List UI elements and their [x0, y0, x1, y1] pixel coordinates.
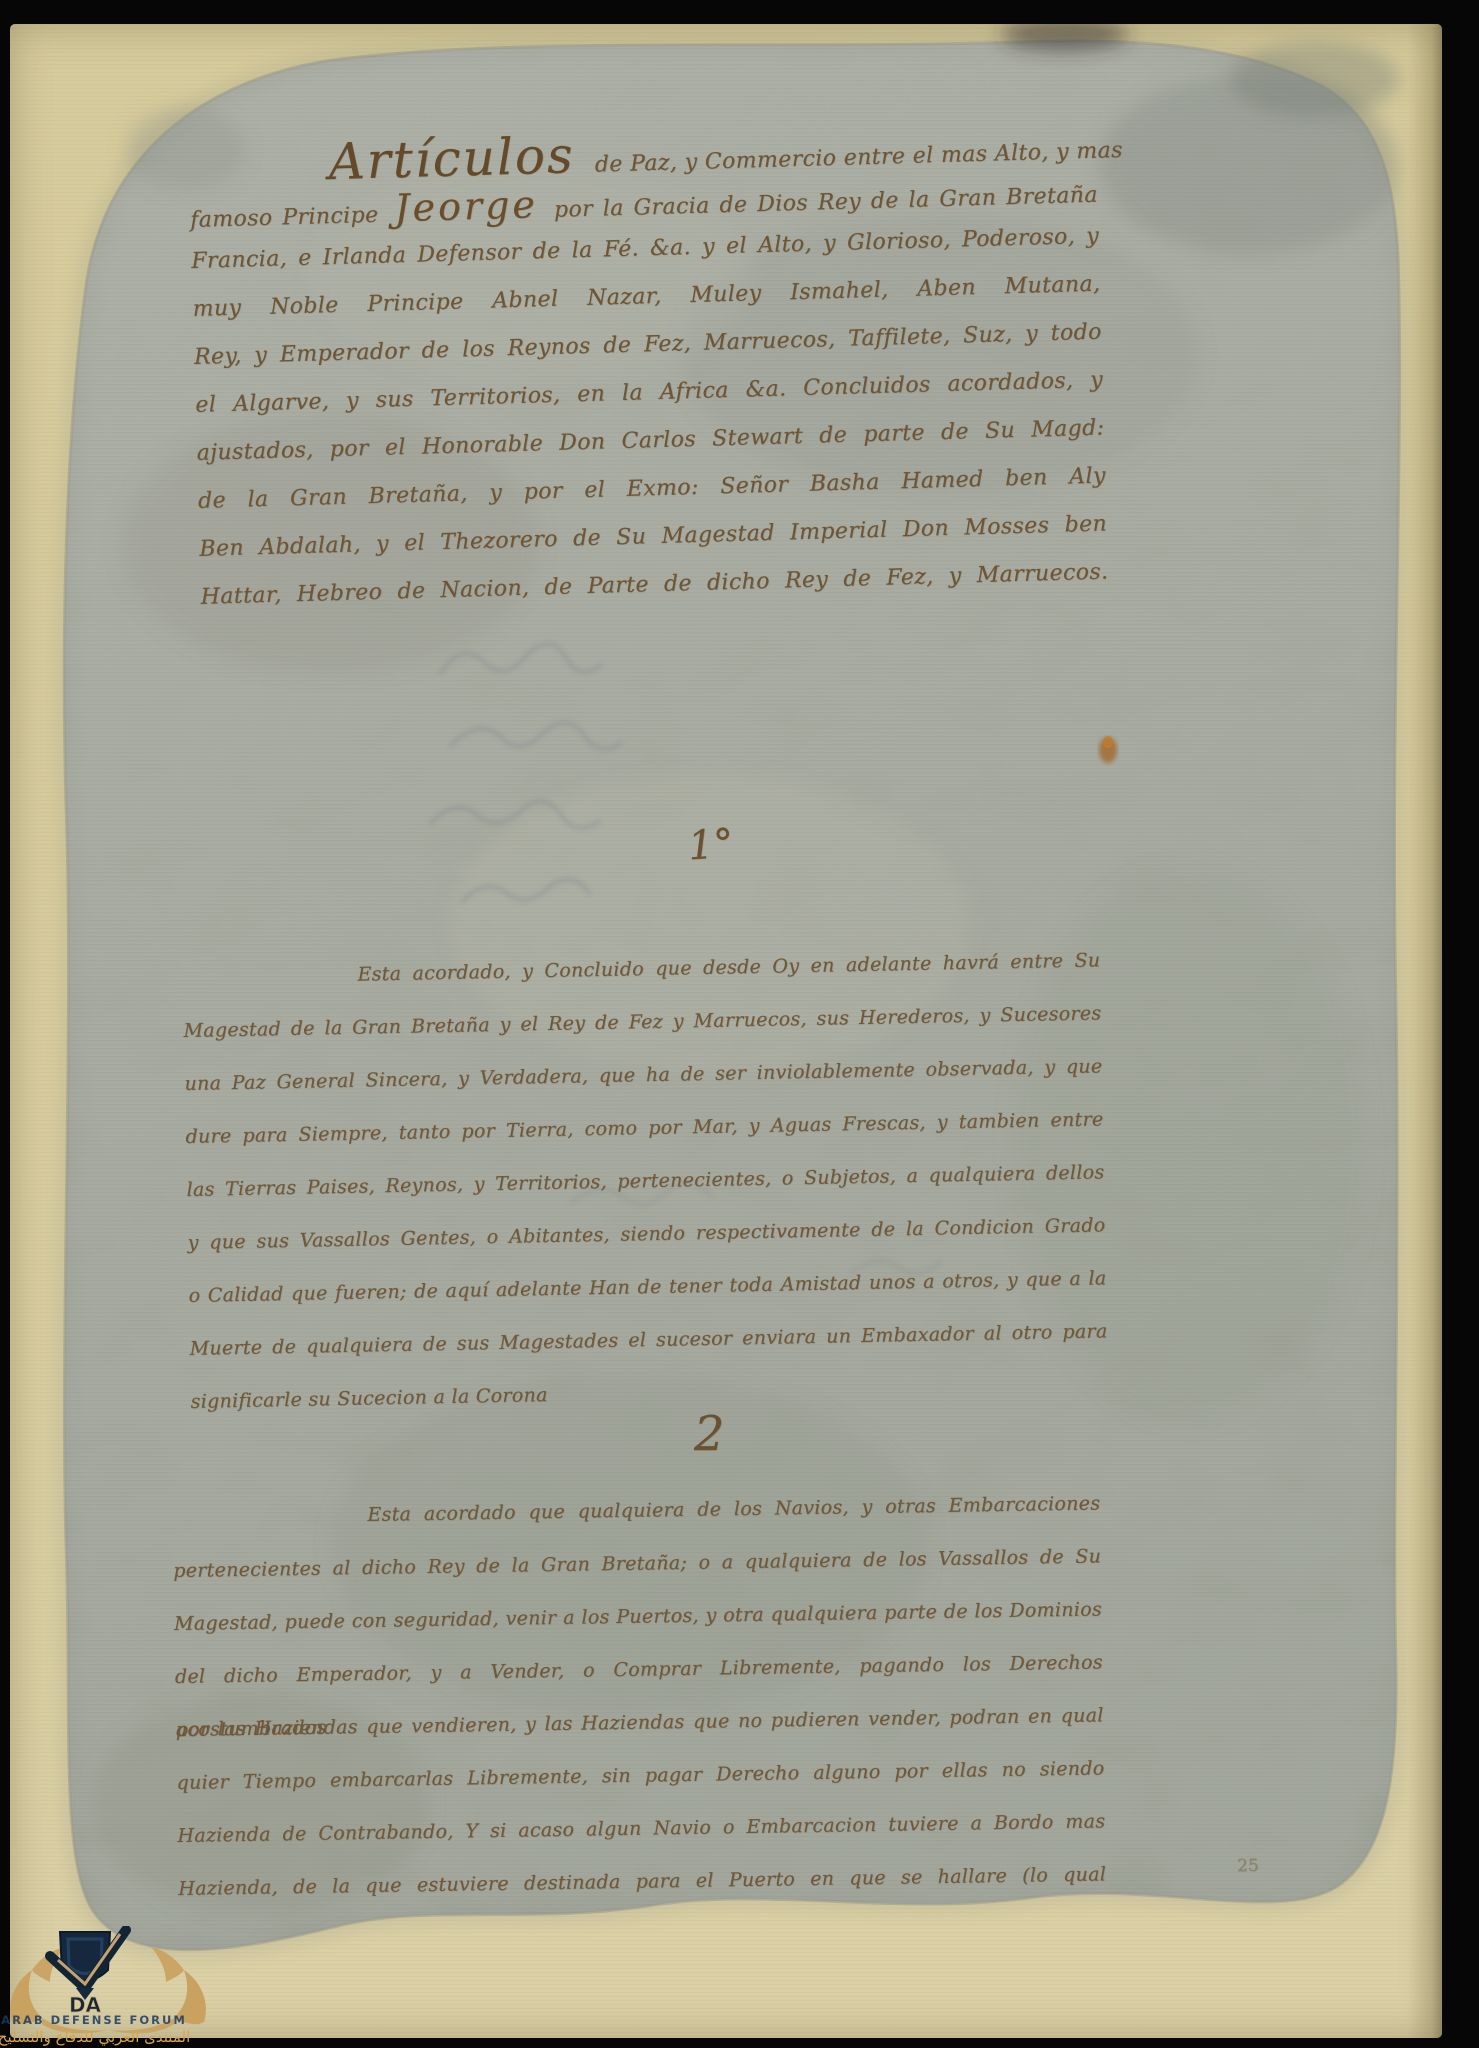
heading-line-text: famoso Principe — [190, 203, 379, 233]
heading-block: Artículosde Paz, y Commercio entre el ma… — [188, 117, 1109, 622]
shield-icon — [50, 1930, 126, 2000]
king-name: Jeorge — [394, 182, 539, 230]
article-2-paragraph: Esta acordado que qualquiera de los Navi… — [172, 1477, 1107, 1916]
article-1-paragraph: Esta acordado, y Concluido que desde Oy … — [182, 934, 1109, 1429]
paper-edge-shading — [1408, 24, 1442, 2038]
scanned-treaty-page: { "page": { "frame_color": "#060606", "p… — [0, 0, 1479, 2048]
forum-name-en: ARAB DEFENSE FORUM — [1, 2013, 187, 2027]
article-1-marker: 1° — [686, 820, 735, 869]
forum-watermark-logo: DA ARAB DEFENSE FORUM المنتدى العربي للد… — [0, 1926, 218, 2048]
margin-mark: 25 — [1237, 1856, 1259, 1876]
article-2-marker: 2 — [694, 1406, 725, 1462]
forum-name-ar: المنتدى العربي للدفاع والتسليح — [0, 2028, 190, 2047]
